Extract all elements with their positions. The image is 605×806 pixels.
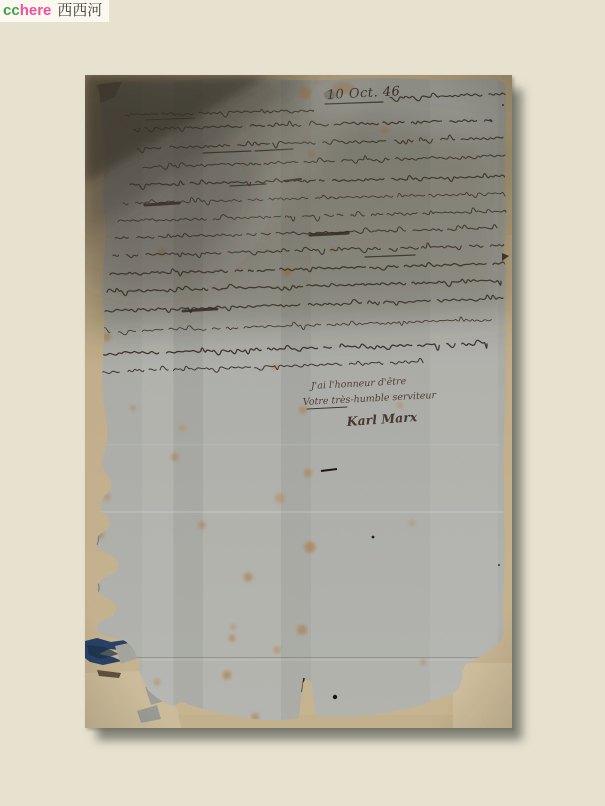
watermark-site-name: 西西河 — [57, 2, 102, 19]
letter-photo-canvas: 10 Oct. 46 J'ai l'honneur d'être Votre t… — [85, 75, 512, 728]
watermark: cchere西西河 — [0, 0, 109, 22]
photo-grain — [85, 75, 512, 728]
watermark-here: here — [20, 2, 52, 19]
letter-photograph: 10 Oct. 46 J'ai l'honneur d'être Votre t… — [85, 75, 512, 728]
watermark-cc: cc — [3, 2, 20, 19]
page-background: 10 Oct. 46 J'ai l'honneur d'être Votre t… — [0, 0, 605, 806]
